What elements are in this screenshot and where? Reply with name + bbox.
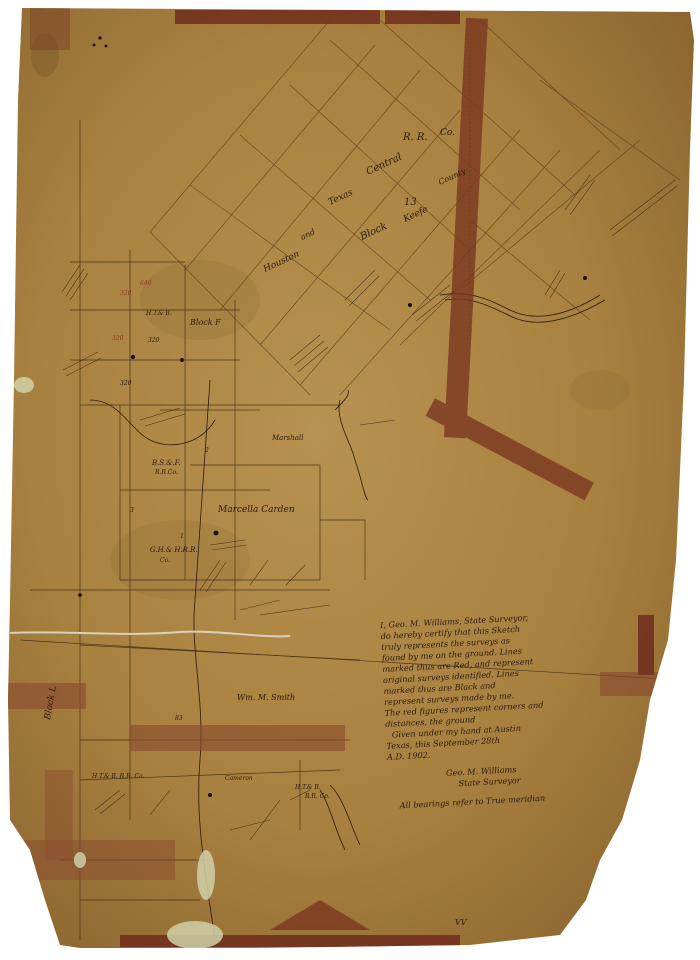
label-cameron: Cameron <box>225 775 253 782</box>
acreage-label: 640 <box>140 280 152 287</box>
acreage-label: 320 <box>112 335 124 342</box>
label-rr: R. R. <box>402 132 428 143</box>
section-number: 3 <box>130 507 134 514</box>
label-ghh: G.H.& H.R.R. <box>150 546 198 554</box>
acreage-label: 320 <box>120 380 132 387</box>
label-block-f: Block F <box>189 318 221 327</box>
label-rr-co: R.R. Co. <box>304 793 330 800</box>
label-co: Co. <box>440 128 455 138</box>
section-number: 83 <box>175 715 183 722</box>
label-htb-lower: H.T.& B. R.R. Co. <box>91 773 144 780</box>
label-marshall: Marshall <box>271 434 303 442</box>
label-block-number: 13 <box>404 197 417 208</box>
label-marcella-carden: Marcella Carden <box>217 505 295 515</box>
label-htb-upper: H.T.& B. <box>145 310 172 317</box>
acreage-label: 320 <box>120 290 132 297</box>
section-number: 1 <box>180 533 184 540</box>
survey-map: Houston and Texas Central R. R. Co. Bloc… <box>0 0 700 960</box>
label-wm-smith: Wm. M. Smith <box>237 693 295 702</box>
label-bsf-rr: R.R.Co. <box>154 469 178 476</box>
paper-sheet <box>8 8 694 948</box>
acreage-label: 320 <box>148 337 160 344</box>
label-ghh-co: Co. <box>160 557 170 564</box>
label-htb-small: H.T.& B. <box>294 784 321 791</box>
label-vv: VV <box>455 918 468 927</box>
section-number: 2 <box>204 447 209 454</box>
label-bsf: B.S.&.F. <box>151 459 181 467</box>
